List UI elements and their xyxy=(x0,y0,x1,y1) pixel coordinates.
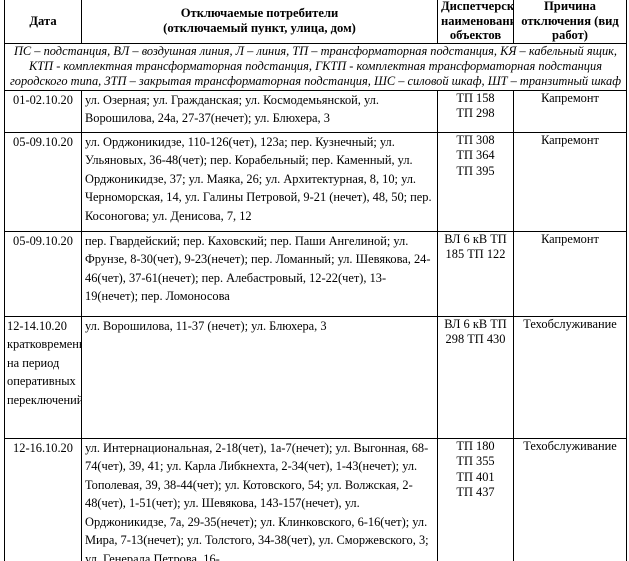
table-row: 12-14.10.20 кратковременно на период опе… xyxy=(5,316,627,438)
object-name: ТП 364 xyxy=(441,148,510,164)
row-reason: Техобслуживание xyxy=(514,438,627,561)
object-name: ТП 437 xyxy=(441,485,510,501)
legend-row: ПС – подстанция, ВЛ – воздушная линия, Л… xyxy=(5,43,627,90)
object-name: ТП 298 xyxy=(441,106,510,122)
row-reason: Капремонт xyxy=(514,132,627,231)
row-date: 01-02.10.20 xyxy=(5,90,82,132)
row-addresses: ул. Ворошилова, 11-37 (нечет); ул. Блюхе… xyxy=(82,316,438,438)
header-consumers-line2: (отключаемый пункт, улица, дом) xyxy=(85,21,434,36)
row-objects: ТП 308 ТП 364 ТП 395 xyxy=(438,132,514,231)
row-date: 05-09.10.20 xyxy=(5,132,82,231)
row-objects: ВЛ 6 кВ ТП 298 ТП 430 xyxy=(438,316,514,438)
object-name: ВЛ 6 кВ ТП 185 ТП 122 xyxy=(441,232,510,263)
object-name: ТП 158 xyxy=(441,91,510,107)
row-addresses: ул. Интернациональная, 2-18(чет), 1а-7(н… xyxy=(82,438,438,561)
row-objects: ТП 158 ТП 298 xyxy=(438,90,514,132)
outage-schedule-table: Дата Отключаемые потребители (отключаемы… xyxy=(4,0,627,561)
row-addresses: ул. Озерная; ул. Гражданская; ул. Космод… xyxy=(82,90,438,132)
object-name: ВЛ 6 кВ ТП 298 ТП 430 xyxy=(441,317,510,348)
row-date: 05-09.10.20 xyxy=(5,231,82,316)
row-addresses: пер. Гвардейский; пер. Каховский; пер. П… xyxy=(82,231,438,316)
table-row: 05-09.10.20 пер. Гвардейский; пер. Кахов… xyxy=(5,231,627,316)
header-row: Дата Отключаемые потребители (отключаемы… xyxy=(5,0,627,43)
table-row: 01-02.10.20 ул. Озерная; ул. Гражданская… xyxy=(5,90,627,132)
row-objects: ВЛ 6 кВ ТП 185 ТП 122 xyxy=(438,231,514,316)
header-objects: Диспетчерские наименования объектов xyxy=(438,0,514,43)
object-name: ТП 401 xyxy=(441,470,510,486)
table-row: 12-16.10.20 ул. Интернациональная, 2-18(… xyxy=(5,438,627,561)
row-reason: Капремонт xyxy=(514,231,627,316)
abbreviation-legend: ПС – подстанция, ВЛ – воздушная линия, Л… xyxy=(5,43,627,90)
object-name: ТП 180 xyxy=(441,439,510,455)
row-date: 12-14.10.20 кратковременно на период опе… xyxy=(5,316,82,438)
header-date: Дата xyxy=(5,0,82,43)
object-name: ТП 308 xyxy=(441,133,510,149)
table-row: 05-09.10.20 ул. Орджоникидзе, 110-126(че… xyxy=(5,132,627,231)
row-reason: Техобслуживание xyxy=(514,316,627,438)
row-objects: ТП 180 ТП 355 ТП 401 ТП 437 xyxy=(438,438,514,561)
row-reason: Капремонт xyxy=(514,90,627,132)
object-name: ТП 395 xyxy=(441,164,510,180)
row-date: 12-16.10.20 xyxy=(5,438,82,561)
object-name: ТП 355 xyxy=(441,454,510,470)
row-addresses: ул. Орджоникидзе, 110-126(чет), 123а; пе… xyxy=(82,132,438,231)
header-consumers-line1: Отключаемые потребители xyxy=(85,6,434,21)
header-consumers: Отключаемые потребители (отключаемый пун… xyxy=(82,0,438,43)
header-reason: Причина отключения (вид работ) xyxy=(514,0,627,43)
